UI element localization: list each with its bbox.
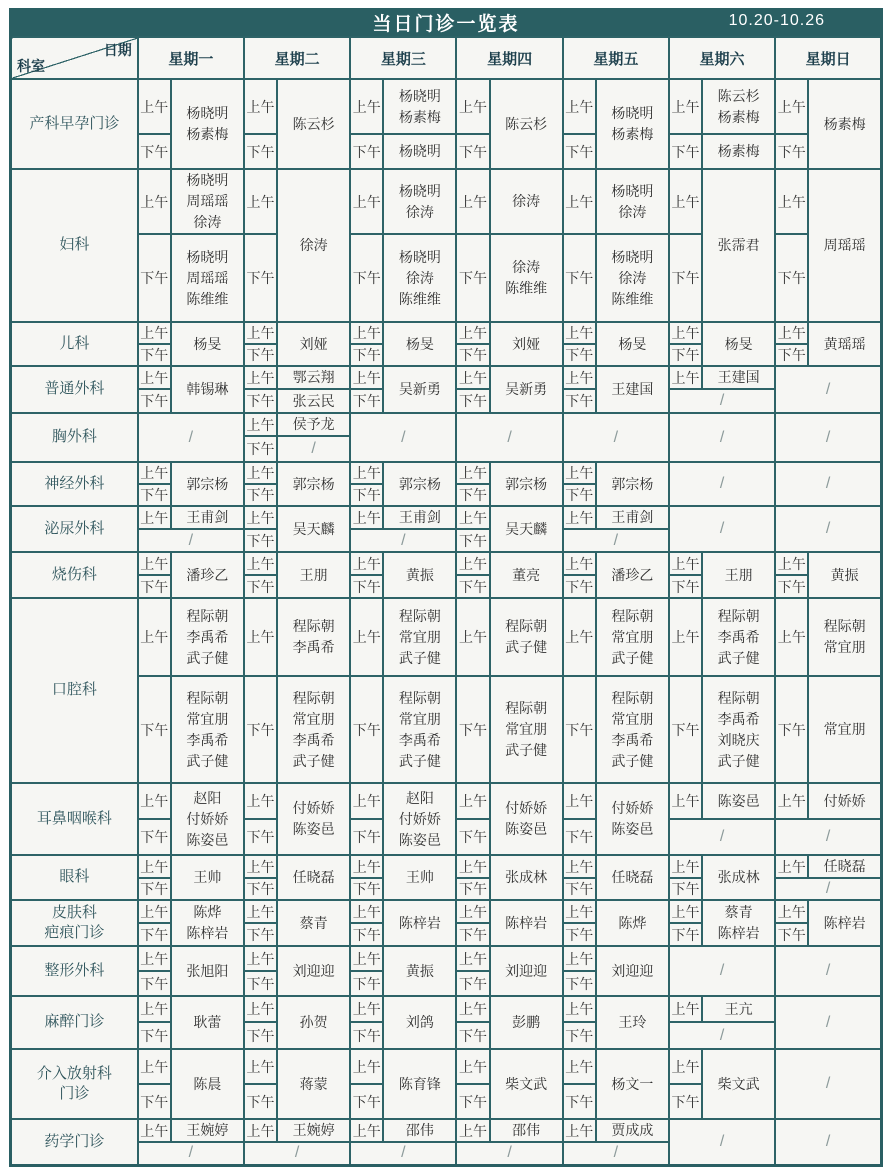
- empty-slot: /: [244, 1142, 350, 1165]
- time-label-am: 上午: [456, 506, 489, 529]
- time-label-am: 上午: [456, 322, 489, 344]
- time-label-am: 上午: [350, 598, 383, 676]
- time-label-pm: 下午: [563, 344, 596, 366]
- time-label-am: 上午: [244, 169, 277, 234]
- empty-slot: /: [563, 1142, 669, 1165]
- empty-slot: /: [669, 1119, 775, 1165]
- doctor-names: 程际朝 常宜朋 李禹希 武子健: [277, 676, 350, 783]
- dept-row-am: 皮肤科 疤痕门诊上午陈烨 陈梓岩上午蔡青上午陈梓岩上午陈梓岩上午陈烨上午蔡青 陈…: [11, 900, 882, 923]
- doctor-names: 潘珍乙: [171, 552, 244, 598]
- doctor-names: 黄瑶瑶: [808, 322, 881, 366]
- doctor-names: 王甫剑: [596, 506, 669, 529]
- doctor-names: 彭鹏: [490, 996, 563, 1049]
- empty-slot: /: [138, 1142, 244, 1165]
- time-label-pm: 下午: [456, 1084, 489, 1119]
- time-label-am: 上午: [138, 552, 171, 575]
- time-label-pm: 下午: [775, 134, 808, 169]
- time-label-pm: 下午: [669, 676, 702, 783]
- dept-row-am: 口腔科上午程际朝 李禹希 武子健上午程际朝 李禹希上午程际朝 常宜朋 武子健上午…: [11, 598, 882, 676]
- doctor-names: 黄振: [383, 946, 456, 996]
- doctor-names: 付娇娇 陈姿邑: [596, 783, 669, 855]
- empty-slot: /: [669, 413, 775, 462]
- doctor-names: 陈梓岩: [383, 900, 456, 946]
- time-label-am: 上午: [350, 552, 383, 575]
- schedule-table: 日期 科室 星期一星期二星期三星期四星期五星期六星期日 产科早孕门诊上午杨晓明 …: [9, 36, 883, 1167]
- time-label-pm: 下午: [244, 1022, 277, 1049]
- doctor-names: 程际朝 武子健: [490, 598, 563, 676]
- time-label-pm: 下午: [138, 389, 171, 413]
- doctor-names: 杨晓明 杨素梅: [383, 79, 456, 134]
- doctor-names: 常宜朋: [808, 676, 881, 783]
- doctor-names: 赵阳 付娇娇 陈姿邑: [171, 783, 244, 855]
- dept-cell: 儿科: [11, 322, 138, 366]
- empty-slot: /: [775, 366, 881, 413]
- empty-slot: /: [669, 946, 775, 996]
- time-label-pm: 下午: [775, 575, 808, 598]
- doctor-names: 赵阳 付娇娇 陈姿邑: [383, 783, 456, 855]
- time-label-pm: 下午: [456, 878, 489, 900]
- doctor-names: 杨晓明 徐涛 陈维维: [383, 234, 456, 322]
- doctor-names: 杨晓明 周瑶瑶 徐涛: [171, 169, 244, 234]
- page-title: 当日门诊一览表: [372, 9, 519, 36]
- time-label-pm: 下午: [138, 1022, 171, 1049]
- time-label-pm: 下午: [563, 484, 596, 506]
- time-label-am: 上午: [669, 322, 702, 344]
- dept-cell: 麻醉门诊: [11, 996, 138, 1049]
- time-label-pm: 下午: [775, 923, 808, 946]
- time-label-am: 上午: [138, 783, 171, 819]
- time-label-am: 上午: [456, 946, 489, 971]
- empty-slot: /: [669, 462, 775, 506]
- doctor-names: 黄振: [383, 552, 456, 598]
- doctor-names: 杨素梅: [808, 79, 881, 169]
- time-label-pm: 下午: [138, 676, 171, 783]
- time-label-am: 上午: [456, 79, 489, 134]
- doctor-names: 杨晓明: [383, 134, 456, 169]
- time-label-am: 上午: [138, 462, 171, 484]
- time-label-am: 上午: [138, 169, 171, 234]
- empty-slot: /: [563, 413, 669, 462]
- dept-cell: 眼科: [11, 855, 138, 900]
- time-label-am: 上午: [456, 1049, 489, 1084]
- time-label-pm: 下午: [244, 134, 277, 169]
- doctor-names: 张霈君: [702, 169, 775, 322]
- time-label-pm: 下午: [244, 819, 277, 855]
- time-label-am: 上午: [456, 996, 489, 1022]
- doctor-names: 吴新勇: [383, 366, 456, 413]
- time-label-pm: 下午: [350, 819, 383, 855]
- doctor-names: 刘迎迎: [277, 946, 350, 996]
- doctor-names: 杨旻: [383, 322, 456, 366]
- time-label-am: 上午: [244, 996, 277, 1022]
- dept-cell: 耳鼻咽喉科: [11, 783, 138, 855]
- time-label-pm: 下午: [669, 923, 702, 946]
- time-label-am: 上午: [138, 598, 171, 676]
- doctor-names: 董亮: [490, 552, 563, 598]
- time-label-pm: 下午: [244, 389, 277, 413]
- time-label-am: 上午: [138, 366, 171, 389]
- doctor-names: 郭宗杨: [596, 462, 669, 506]
- doctor-names: 程际朝 李禹希: [277, 598, 350, 676]
- doctor-names: 陈烨 陈梓岩: [171, 900, 244, 946]
- time-label-am: 上午: [138, 506, 171, 529]
- corner-date-label: 日期: [104, 40, 132, 60]
- time-label-pm: 下午: [138, 134, 171, 169]
- time-label-am: 上午: [350, 996, 383, 1022]
- time-label-pm: 下午: [138, 344, 171, 366]
- time-label-pm: 下午: [563, 923, 596, 946]
- time-label-pm: 下午: [138, 484, 171, 506]
- doctor-names: 杨旻: [702, 322, 775, 366]
- time-label-am: 上午: [775, 783, 808, 819]
- empty-slot: /: [456, 1142, 562, 1165]
- doctor-names: 刘迎迎: [596, 946, 669, 996]
- time-label-am: 上午: [563, 598, 596, 676]
- doctor-names: 王朋: [277, 552, 350, 598]
- doctor-names: 吴新勇: [490, 366, 563, 413]
- doctor-names: 王甫剑: [383, 506, 456, 529]
- doctor-names: 王婉婷: [277, 1119, 350, 1142]
- time-label-pm: 下午: [669, 234, 702, 322]
- dept-row-am: 烧伤科上午潘珍乙上午王朋上午黄振上午董亮上午潘珍乙上午王朋上午黄振: [11, 552, 882, 575]
- time-label-am: 上午: [563, 552, 596, 575]
- empty-slot: /: [775, 1049, 881, 1119]
- time-label-pm: 下午: [244, 575, 277, 598]
- time-label-am: 上午: [563, 783, 596, 819]
- empty-slot: /: [775, 819, 881, 855]
- empty-slot: /: [775, 996, 881, 1049]
- time-label-am: 上午: [775, 79, 808, 134]
- time-label-pm: 下午: [350, 676, 383, 783]
- time-label-am: 上午: [456, 598, 489, 676]
- time-label-am: 上午: [244, 900, 277, 923]
- time-label-am: 上午: [350, 79, 383, 134]
- dept-row-am: 药学门诊上午王婉婷上午王婉婷上午邵伟上午邵伟上午贾成成//: [11, 1119, 882, 1142]
- time-label-am: 上午: [669, 79, 702, 134]
- time-label-pm: 下午: [350, 923, 383, 946]
- time-label-pm: 下午: [350, 344, 383, 366]
- time-label-am: 上午: [244, 322, 277, 344]
- doctor-names: 王朋: [702, 552, 775, 598]
- doctor-names: 程际朝 常宜朋 李禹希 武子健: [383, 676, 456, 783]
- time-label-am: 上午: [350, 783, 383, 819]
- time-label-pm: 下午: [456, 1022, 489, 1049]
- doctor-names: 徐涛: [277, 169, 350, 322]
- time-label-am: 上午: [669, 996, 702, 1022]
- time-label-am: 上午: [244, 598, 277, 676]
- time-label-am: 上午: [456, 462, 489, 484]
- time-label-am: 上午: [563, 946, 596, 971]
- doctor-names: 张成林: [490, 855, 563, 900]
- time-label-pm: 下午: [669, 344, 702, 366]
- time-label-am: 上午: [775, 598, 808, 676]
- time-label-am: 上午: [563, 855, 596, 878]
- time-label-am: 上午: [775, 169, 808, 234]
- time-label-pm: 下午: [350, 575, 383, 598]
- day-header-1: 星期一: [138, 37, 244, 79]
- time-label-am: 上午: [563, 506, 596, 529]
- time-label-am: 上午: [456, 855, 489, 878]
- time-label-pm: 下午: [563, 971, 596, 996]
- empty-slot: /: [775, 946, 881, 996]
- time-label-pm: 下午: [563, 1022, 596, 1049]
- time-label-am: 上午: [350, 506, 383, 529]
- dept-cell: 胸外科: [11, 413, 138, 462]
- time-label-pm: 下午: [775, 234, 808, 322]
- time-label-am: 上午: [138, 900, 171, 923]
- empty-slot: /: [350, 1142, 456, 1165]
- time-label-am: 上午: [244, 552, 277, 575]
- time-label-pm: 下午: [244, 484, 277, 506]
- time-label-am: 上午: [669, 900, 702, 923]
- time-label-pm: 下午: [563, 575, 596, 598]
- doctor-names: 程际朝 常宜朋 武子健: [596, 598, 669, 676]
- empty-slot: /: [775, 462, 881, 506]
- time-label-am: 上午: [350, 1119, 383, 1142]
- doctor-names: 郭宗杨: [171, 462, 244, 506]
- time-label-am: 上午: [563, 366, 596, 389]
- time-label-pm: 下午: [563, 878, 596, 900]
- empty-slot: /: [669, 506, 775, 552]
- title-bar: 当日门诊一览表 10.20-10.26: [9, 8, 883, 36]
- dept-row-am: 耳鼻咽喉科上午赵阳 付娇娇 陈姿邑上午付娇娇 陈姿邑上午赵阳 付娇娇 陈姿邑上午…: [11, 783, 882, 819]
- time-label-pm: 下午: [456, 575, 489, 598]
- dept-cell: 口腔科: [11, 598, 138, 783]
- time-label-am: 上午: [138, 322, 171, 344]
- time-label-pm: 下午: [350, 1022, 383, 1049]
- empty-slot: /: [669, 1022, 775, 1049]
- time-label-am: 上午: [669, 783, 702, 819]
- time-label-pm: 下午: [563, 389, 596, 413]
- doctor-names: 杨旻: [171, 322, 244, 366]
- dept-row-am: 神经外科上午郭宗杨上午郭宗杨上午郭宗杨上午郭宗杨上午郭宗杨//: [11, 462, 882, 484]
- dept-cell: 烧伤科: [11, 552, 138, 598]
- time-label-pm: 下午: [350, 878, 383, 900]
- time-label-pm: 下午: [244, 971, 277, 996]
- time-label-pm: 下午: [563, 676, 596, 783]
- dept-cell: 整形外科: [11, 946, 138, 996]
- doctor-names: 程际朝 常宜朋 武子健: [383, 598, 456, 676]
- day-header-3: 星期三: [350, 37, 456, 79]
- empty-slot: /: [138, 413, 244, 462]
- time-label-am: 上午: [563, 1049, 596, 1084]
- time-label-pm: 下午: [138, 1084, 171, 1119]
- corner-cell: 日期 科室: [11, 37, 138, 79]
- time-label-am: 上午: [775, 855, 808, 878]
- doctor-names: 杨晓明 徐涛: [596, 169, 669, 234]
- doctor-names: 刘迎迎: [490, 946, 563, 996]
- dept-cell: 妇科: [11, 169, 138, 322]
- time-label-pm: 下午: [456, 134, 489, 169]
- doctor-names: 张云民: [277, 389, 350, 413]
- doctor-names: 张成林: [702, 855, 775, 900]
- time-label-am: 上午: [775, 552, 808, 575]
- time-label-am: 上午: [563, 1119, 596, 1142]
- time-label-pm: 下午: [669, 134, 702, 169]
- time-label-am: 上午: [350, 169, 383, 234]
- time-label-pm: 下午: [244, 436, 277, 462]
- empty-slot: /: [350, 529, 456, 552]
- time-label-am: 上午: [138, 946, 171, 971]
- doctor-names: 韩锡琳: [171, 366, 244, 413]
- empty-slot: /: [456, 413, 562, 462]
- day-header-5: 星期五: [563, 37, 669, 79]
- doctor-names: 柴文武: [702, 1049, 775, 1119]
- doctor-names: 郭宗杨: [490, 462, 563, 506]
- empty-slot: /: [669, 819, 775, 855]
- doctor-names: 陈梓岩: [808, 900, 881, 946]
- dept-row-am: 产科早孕门诊上午杨晓明 杨素梅上午陈云杉上午杨晓明 杨素梅上午陈云杉上午杨晓明 …: [11, 79, 882, 134]
- doctor-names: /: [277, 436, 350, 462]
- time-label-pm: 下午: [456, 676, 489, 783]
- doctor-names: 陈云杉 杨素梅: [702, 79, 775, 134]
- doctor-names: 张旭阳: [171, 946, 244, 996]
- doctor-names: 徐涛: [490, 169, 563, 234]
- doctor-names: 陈云杉: [277, 79, 350, 169]
- empty-slot: /: [775, 506, 881, 552]
- doctor-names: 孙贺: [277, 996, 350, 1049]
- time-label-am: 上午: [244, 506, 277, 529]
- time-label-pm: 下午: [563, 234, 596, 322]
- time-label-am: 上午: [350, 946, 383, 971]
- doctor-names: 杨晓明 周瑶瑶 陈维维: [171, 234, 244, 322]
- doctor-names: 程际朝 李禹希 武子健: [171, 598, 244, 676]
- doctor-names: 王玲: [596, 996, 669, 1049]
- time-label-am: 上午: [669, 366, 702, 389]
- doctor-names: 王甫剑: [171, 506, 244, 529]
- time-label-pm: 下午: [350, 1084, 383, 1119]
- doctor-names: 任晓磊: [808, 855, 881, 878]
- doctor-names: 程际朝 常宜朋: [808, 598, 881, 676]
- header-row: 日期 科室 星期一星期二星期三星期四星期五星期六星期日: [11, 37, 882, 79]
- empty-slot: /: [350, 413, 456, 462]
- doctor-names: 吴天麟: [277, 506, 350, 552]
- doctor-names: 杨素梅: [702, 134, 775, 169]
- dept-cell: 皮肤科 疤痕门诊: [11, 900, 138, 946]
- doctor-names: 蔡青: [277, 900, 350, 946]
- day-header-6: 星期六: [669, 37, 775, 79]
- doctor-names: 任晓磊: [277, 855, 350, 900]
- time-label-am: 上午: [563, 169, 596, 234]
- dept-row-am: 胸外科/上午侯予龙/////: [11, 413, 882, 436]
- empty-slot: /: [563, 529, 669, 552]
- dept-cell: 神经外科: [11, 462, 138, 506]
- time-label-am: 上午: [138, 1119, 171, 1142]
- time-label-pm: 下午: [350, 134, 383, 169]
- doctor-names: 刘娅: [277, 322, 350, 366]
- time-label-pm: 下午: [775, 676, 808, 783]
- day-header-7: 星期日: [775, 37, 881, 79]
- time-label-am: 上午: [244, 79, 277, 134]
- time-label-am: 上午: [350, 366, 383, 389]
- time-label-am: 上午: [775, 322, 808, 344]
- time-label-pm: 下午: [456, 971, 489, 996]
- doctor-names: 任晓磊: [596, 855, 669, 900]
- date-range: 10.20-10.26: [729, 12, 825, 30]
- time-label-pm: 下午: [563, 819, 596, 855]
- doctor-names: 柴文武: [490, 1049, 563, 1119]
- time-label-pm: 下午: [138, 575, 171, 598]
- time-label-pm: 下午: [350, 971, 383, 996]
- time-label-am: 上午: [244, 946, 277, 971]
- time-label-pm: 下午: [669, 1084, 702, 1119]
- time-label-am: 上午: [350, 1049, 383, 1084]
- time-label-am: 上午: [456, 552, 489, 575]
- time-label-am: 上午: [563, 900, 596, 923]
- day-header-4: 星期四: [456, 37, 562, 79]
- doctor-names: 杨晓明 杨素梅: [171, 79, 244, 169]
- time-label-pm: 下午: [244, 878, 277, 900]
- doctor-names: 杨晓明 徐涛 陈维维: [596, 234, 669, 322]
- dept-cell: 药学门诊: [11, 1119, 138, 1165]
- doctor-names: 程际朝 常宜朋 武子健: [490, 676, 563, 783]
- time-label-am: 上午: [563, 79, 596, 134]
- dept-cell: 泌尿外科: [11, 506, 138, 552]
- doctor-names: 杨晓明 徐涛: [383, 169, 456, 234]
- time-label-pm: 下午: [456, 529, 489, 552]
- doctor-names: 杨晓明 杨素梅: [596, 79, 669, 169]
- doctor-names: 杨旻: [596, 322, 669, 366]
- time-label-am: 上午: [669, 552, 702, 575]
- doctor-names: 付娇娇: [808, 783, 881, 819]
- time-label-am: 上午: [456, 783, 489, 819]
- doctor-names: 邵伟: [490, 1119, 563, 1142]
- doctor-names: 侯予龙: [277, 413, 350, 436]
- time-label-am: 上午: [244, 366, 277, 389]
- doctor-names: 郭宗杨: [277, 462, 350, 506]
- time-label-pm: 下午: [456, 389, 489, 413]
- schedule-sheet: 当日门诊一览表 10.20-10.26 日期 科室 星期一星期二星期三星期四星期…: [9, 8, 883, 1167]
- doctor-names: 王帅: [383, 855, 456, 900]
- time-label-pm: 下午: [456, 344, 489, 366]
- empty-slot: /: [775, 413, 881, 462]
- empty-slot: /: [138, 529, 244, 552]
- dept-cell: 产科早孕门诊: [11, 79, 138, 169]
- time-label-pm: 下午: [138, 971, 171, 996]
- time-label-pm: 下午: [456, 484, 489, 506]
- empty-slot: /: [775, 878, 881, 900]
- doctor-names: 王婉婷: [171, 1119, 244, 1142]
- doctor-names: 陈云杉: [490, 79, 563, 169]
- time-label-am: 上午: [244, 1119, 277, 1142]
- doctor-names: 陈梓岩: [490, 900, 563, 946]
- doctor-names: 鄂云翔: [277, 366, 350, 389]
- time-label-pm: 下午: [456, 234, 489, 322]
- dept-row-am: 整形外科上午张旭阳上午刘迎迎上午黄振上午刘迎迎上午刘迎迎//: [11, 946, 882, 971]
- time-label-pm: 下午: [244, 529, 277, 552]
- time-label-pm: 下午: [244, 234, 277, 322]
- time-label-am: 上午: [350, 322, 383, 344]
- doctor-names: 陈姿邑: [702, 783, 775, 819]
- time-label-am: 上午: [669, 855, 702, 878]
- time-label-pm: 下午: [244, 1084, 277, 1119]
- dept-row-am: 麻醉门诊上午耿蕾上午孙贺上午刘鸽上午彭鹏上午王玲上午王亢/: [11, 996, 882, 1022]
- doctor-names: 王建国: [596, 366, 669, 413]
- empty-slot: /: [669, 389, 775, 413]
- dept-cell: 普通外科: [11, 366, 138, 413]
- dept-row-am: 介入放射科 门诊上午陈晨上午蒋蒙上午陈育锋上午柴文武上午杨文一上午柴文武/: [11, 1049, 882, 1084]
- time-label-am: 上午: [244, 783, 277, 819]
- doctor-names: 程际朝 李禹希 刘晓庆 武子健: [702, 676, 775, 783]
- doctor-names: 陈育锋: [383, 1049, 456, 1119]
- time-label-pm: 下午: [563, 1084, 596, 1119]
- corner-dept-label: 科室: [17, 56, 45, 76]
- time-label-pm: 下午: [244, 676, 277, 783]
- doctor-names: 蒋蒙: [277, 1049, 350, 1119]
- time-label-pm: 下午: [775, 344, 808, 366]
- time-label-am: 上午: [563, 462, 596, 484]
- doctor-names: 王亢: [702, 996, 775, 1022]
